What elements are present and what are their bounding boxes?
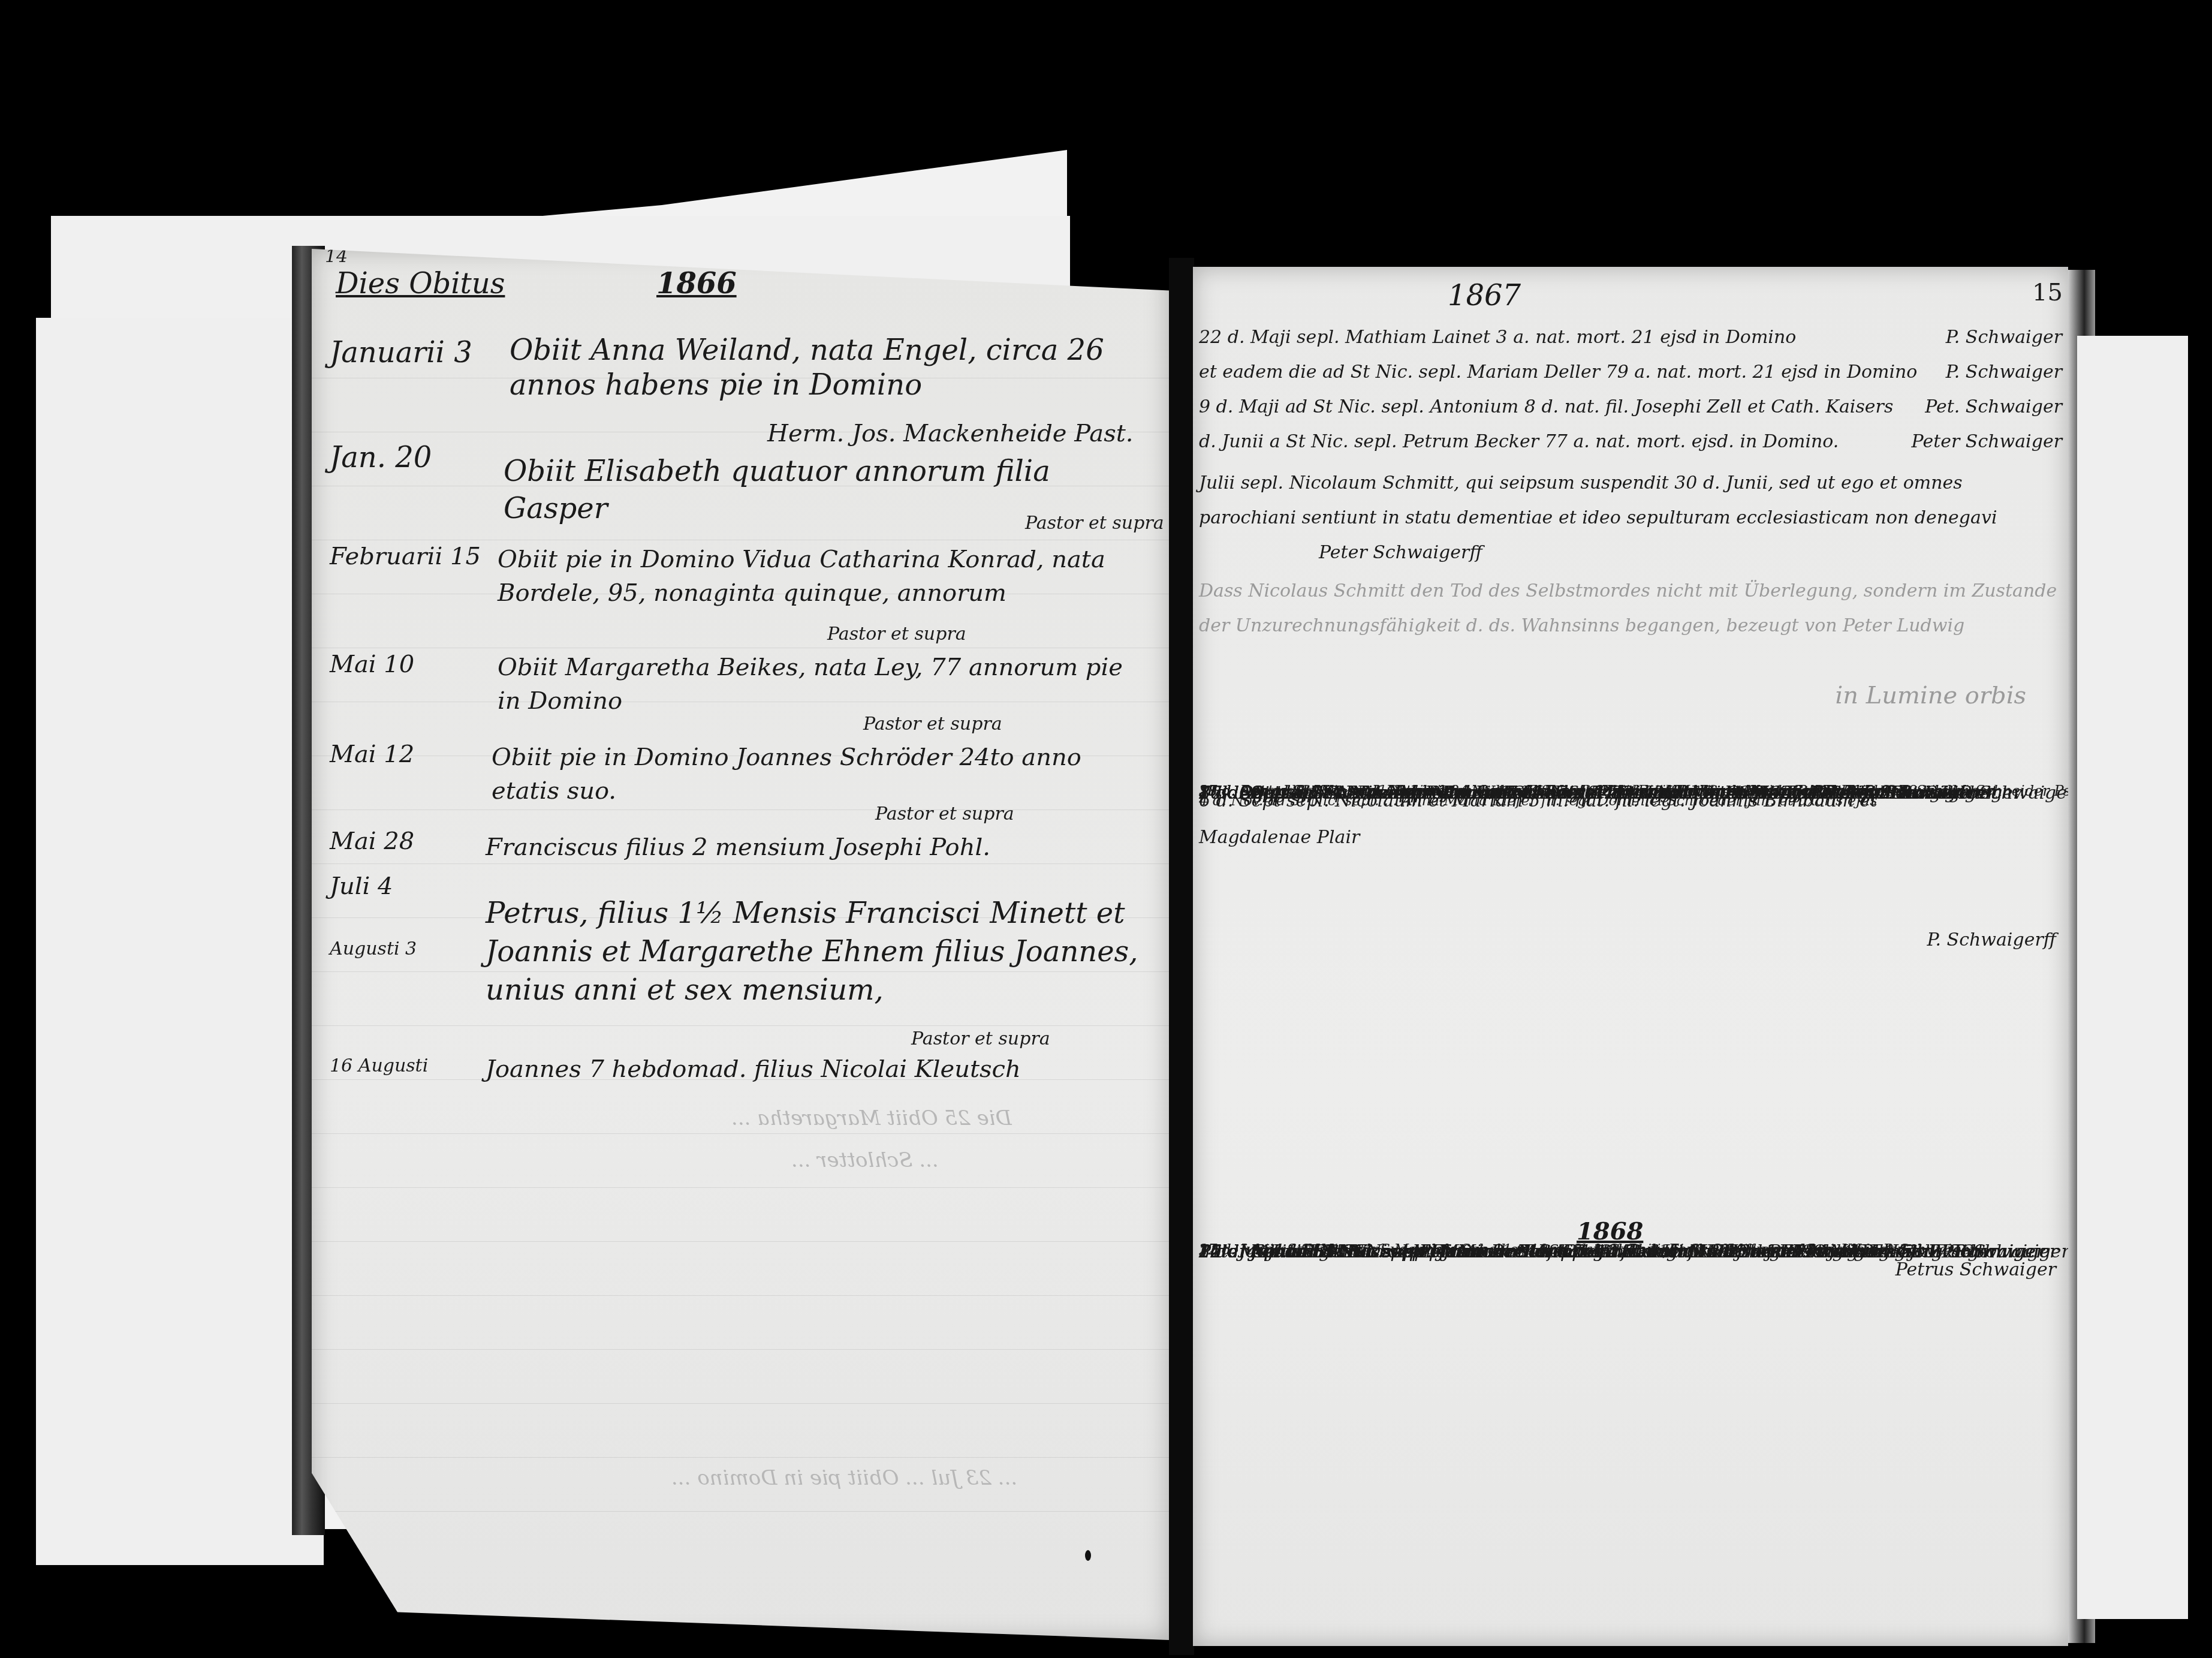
- register-row: 22 d. Maji sepl. Mathiam Lainet 3 a. nat…: [1199, 327, 2062, 362]
- entry-date: Jan. 20: [330, 441, 432, 474]
- ink-blot: [1085, 1550, 1091, 1561]
- entry-text: Obiit Elisabeth quatuor annorum filia Ga…: [504, 453, 1103, 527]
- entry-text: Obiit Anna Weiland, nata Engel, circa 26…: [510, 333, 1139, 402]
- bleed-through-text: ... 23 Jul ... Obiit pie in Domino ...: [671, 1466, 1017, 1490]
- register-row: d. Junii a St Nic. sepl. Petrum Becker 7…: [1199, 431, 2062, 466]
- annotation-note: in Lumine orbis: [1199, 682, 2062, 718]
- row-signature: P. Schwaiger: [1797, 783, 1890, 813]
- entry-signature: Pastor et supra: [911, 1028, 1050, 1049]
- entry-text: Franciscus filius 2 mensium Josephi Pohl…: [486, 833, 1145, 861]
- row-text: Julii sepl. Nicolaum Schmitt, qui seipsu…: [1199, 473, 1997, 528]
- bleed-through-text: Die 25 Obiit Margaretha ...: [731, 1106, 1012, 1130]
- left-paper-slip: [36, 318, 324, 1565]
- entry-text: Joannis et Margarethe Ehnem filius Joann…: [486, 932, 1145, 1009]
- entry-signature: Pastor et supra: [827, 624, 966, 645]
- row-signature: Peter Schwaigerff: [1319, 542, 1482, 563]
- bleed-through-text: ... Schlotter ...: [791, 1148, 939, 1172]
- register-row: et eadem die ad St Nic. sepl. Mariam Del…: [1199, 362, 2062, 396]
- row-text: 9 d. Maji ad St Nic. sepl. Antonium 8 d.…: [1199, 396, 1893, 431]
- entry-signature: Pastor et supra: [1025, 513, 1164, 534]
- row-signature: P. Schwaiger: [1942, 1241, 2058, 1280]
- entry-date: Mai 10: [330, 651, 414, 678]
- row-text: d. Junii a St Nic. sepl. Petrum Becker 7…: [1199, 431, 1839, 466]
- year-heading: 1866: [656, 267, 737, 300]
- row-signature: Pet. Schwaiger: [1925, 396, 2062, 431]
- entry-signature: Herm. Jos. Mackenheide Past.: [767, 420, 1134, 447]
- row-text: 28 d. Dec ad St Nic. sepl. Nicolaum 1 a.…: [1199, 783, 1797, 813]
- entry-date: Februarii 15: [330, 543, 481, 570]
- entry-text: Obiit Margaretha Beikes, nata Ley, 77 an…: [498, 651, 1151, 718]
- entry-text: Joannes 7 hebdomad. filius Nicolai Kleut…: [486, 1055, 1145, 1083]
- register-row: 9 d. Maji ad St Nic. sepl. Antonium 8 d.…: [1199, 396, 2062, 431]
- entry-date: Januarii 3: [330, 336, 472, 369]
- row-text: et eadem die ad St Nic. sepl. Mariam Del…: [1199, 362, 1917, 396]
- register-row: 28 d. Dec ad St Nic. sepl. Nicolaum 1 a.…: [1199, 783, 1891, 813]
- entries-1867: 22 d. Maji sepl. Mathiam Lainet 3 a. nat…: [1199, 327, 2062, 718]
- row-signature: M. Schneider Pst.: [1951, 783, 2081, 819]
- row-signature: Peter Schwaiger: [1912, 431, 2062, 466]
- entry-date: Mai 12: [330, 741, 414, 768]
- register-row: Julii sepl. Nicolaum Schmitt, qui seipsu…: [1199, 466, 2062, 574]
- entry-signature: Pastor et supra: [863, 714, 1002, 735]
- row-text: Dass Nicolaus Schmitt den Tod des Selbst…: [1199, 580, 2057, 636]
- entry-signature: Pastor et supra: [875, 804, 1014, 825]
- row-signature: P. Schwaiger: [1946, 362, 2062, 396]
- year-heading-1867: 1867: [1448, 279, 1521, 312]
- left-page: 14 Dies Obitus 1866 Januarii 3 Obiit Ann…: [312, 249, 1169, 1640]
- book-gutter: [1169, 258, 1194, 1655]
- entry-text: Obiit pie in Domino Joannes Schröder 24t…: [492, 741, 1151, 808]
- entry-date: 16 Augusti: [330, 1055, 428, 1076]
- entry-text: Obiit pie in Domino Vidua Catharina Konr…: [498, 543, 1151, 610]
- entry-date: Juli 4: [330, 872, 393, 900]
- page-number-right: 15: [2032, 279, 2063, 306]
- entry-text: Petrus, filius 1½ Mensis Francisci Minet…: [486, 896, 1145, 930]
- column-header-date: Dies Obitus: [336, 267, 505, 300]
- right-paper-slip: [2077, 336, 2188, 1619]
- entry-date: Augusti 3: [330, 938, 417, 959]
- right-page: 15 1867 22 d. Maji sepl. Mathiam Lainet …: [1193, 267, 2068, 1646]
- row-text: 22 d. Maji sepl. Mathiam Lainet 3 a. nat…: [1199, 327, 1796, 362]
- entry-date: Mai 28: [330, 828, 414, 855]
- row-signature: P. Schwaiger: [1946, 327, 2062, 362]
- row-signature: P. Schwaigerff: [1927, 929, 2056, 950]
- annotation-german: Dass Nicolaus Schmitt den Tod des Selbst…: [1199, 574, 2062, 682]
- row-signature: Peter Schwaiger: [1199, 1241, 1355, 1280]
